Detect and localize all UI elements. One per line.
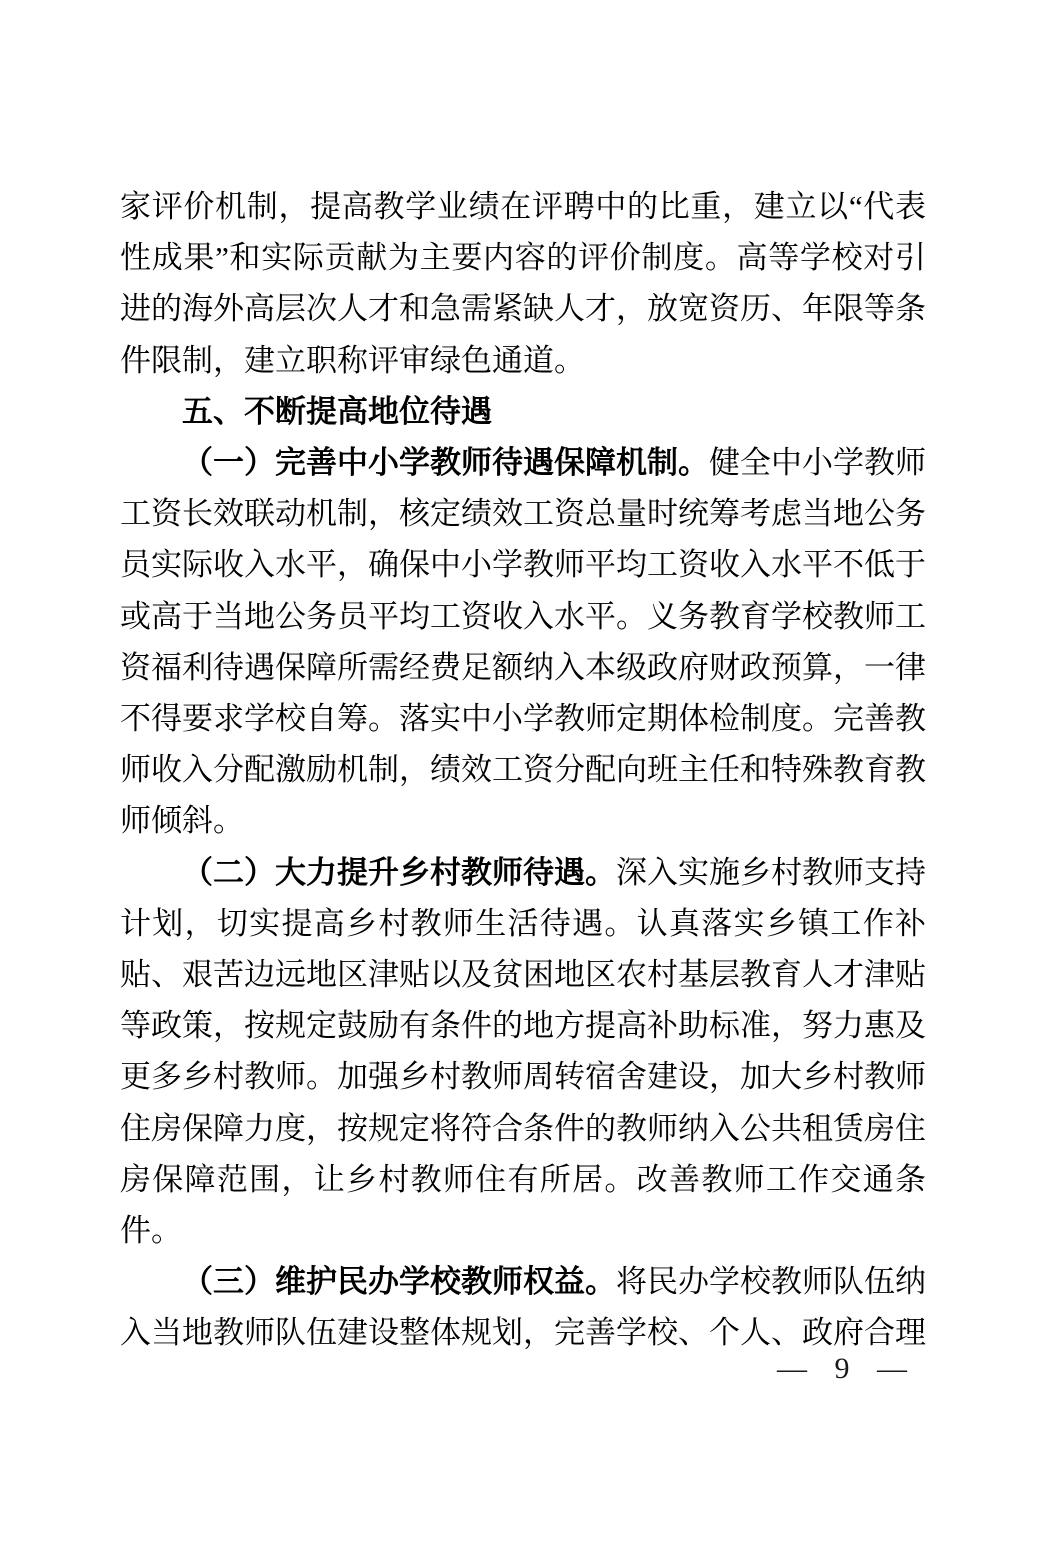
paragraph: 家评价机制，提高教学业绩在评聘中的比重，建立以“代表性成果”和实际贡献为主要内容… — [120, 181, 926, 386]
paragraph-lead: （一）完善中小学教师待遇保障机制。 — [182, 445, 709, 480]
paragraph: （一）完善中小学教师待遇保障机制。健全中小学教师工资长效联动机制，核定绩效工资总… — [120, 437, 926, 847]
page-number: — 9 — — [777, 1352, 907, 1386]
paragraph-lead: （二）大力提升乡村教师待遇。 — [182, 855, 616, 890]
paragraph-lead: （三）维护民办学校教师权益。 — [182, 1264, 616, 1299]
paragraph-text: 深入实施乡村教师支持计划，切实提高乡村教师生活待遇。认真落实乡镇工作补贴、艰苦边… — [120, 855, 926, 1248]
paragraph: （三）维护民办学校教师权益。将民办学校教师队伍纳入当地教师队伍建设整体规划，完善… — [120, 1256, 926, 1358]
document-body: 家评价机制，提高教学业绩在评聘中的比重，建立以“代表性成果”和实际贡献为主要内容… — [120, 181, 926, 1359]
document-page: 家评价机制，提高教学业绩在评聘中的比重，建立以“代表性成果”和实际贡献为主要内容… — [0, 0, 1059, 1554]
paragraph: （二）大力提升乡村教师待遇。深入实施乡村教师支持计划，切实提高乡村教师生活待遇。… — [120, 847, 926, 1257]
section-heading: 五、不断提高地位待遇 — [120, 386, 926, 437]
paragraph-text: 健全中小学教师工资长效联动机制，核定绩效工资总量时统筹考虑当地公务员实际收入水平… — [120, 445, 926, 838]
paragraph-text: 家评价机制，提高教学业绩在评聘中的比重，建立以“代表性成果”和实际贡献为主要内容… — [120, 189, 926, 378]
